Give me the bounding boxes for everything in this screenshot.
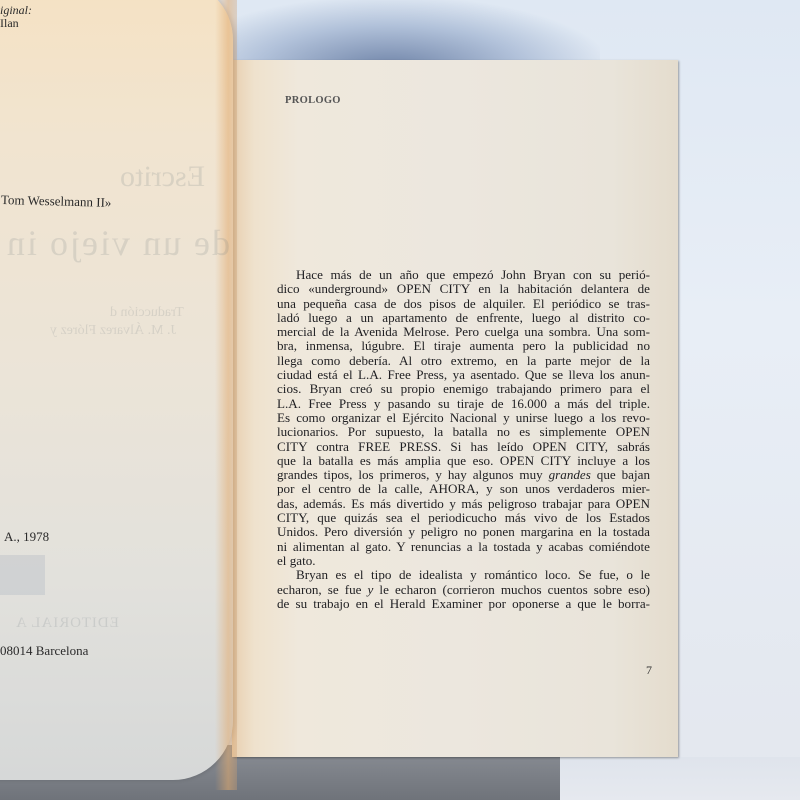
text-line: ladó luego a un apartamento de enfrente,…: [277, 311, 650, 325]
text-line: de su trabajo en el Herald Examiner por …: [277, 597, 650, 611]
bleed-through-translators: J. M. Álvarez Flórez y: [50, 323, 176, 339]
section-title: PROLOGO: [285, 95, 341, 106]
bleed-through-translation-label: Traducción d: [110, 305, 184, 321]
bleed-through-publisher-name: EDITORIAL A: [15, 615, 119, 632]
bleed-through-title-1: Escrito: [120, 160, 205, 194]
text-line: CITY, que quizás sea el periodicucho más…: [277, 511, 650, 525]
cover-credit: Tom Wesselmann II»: [1, 192, 112, 211]
page-number: 7: [646, 663, 652, 678]
publisher-address: 08014 Barcelona: [0, 643, 88, 659]
text-line: CITY contra FREE PRESS. Si has leído OPE…: [277, 440, 650, 454]
text-line: bra, inmensa, lúgubre. El tiraje aumenta…: [277, 339, 650, 353]
text-line: el gato.: [277, 554, 650, 568]
text-line: una pequeña casa de dos pisos de alquile…: [277, 297, 650, 311]
text-line: llega como debería. Al otro extremo, en …: [277, 354, 650, 368]
bleed-through-publisher-logo: [0, 555, 45, 595]
bleed-through-title-2: de un viejo in: [5, 222, 230, 264]
text-line: dico «underground» OPEN CITY en la habit…: [277, 282, 650, 296]
text-line: por el centro de la calle, AHORA, y son …: [277, 482, 650, 496]
text-line: que la batalla es más amplia que eso. OP…: [277, 454, 650, 468]
text-line: Bryan es el tipo de idealista y romántic…: [277, 568, 650, 582]
text-line: cios. Bryan creó su propio enemigo traba…: [277, 382, 650, 396]
text-line: ni alimentan al gato. Y renuncias a la t…: [277, 540, 650, 554]
text-line: Hace más de un año que empezó John Bryan…: [277, 268, 650, 282]
text-line: echaron, se fue y le echaron (corrieron …: [277, 583, 650, 597]
text-fragment: echaron, se fue: [277, 582, 368, 597]
prologue-body: Hace más de un año que empezó John Bryan…: [277, 268, 650, 611]
text-line: Unidos. Pero diversión y peligro no pone…: [277, 525, 650, 539]
book-gutter: [215, 0, 237, 790]
text-line: grandes tipos, los primeros, y hay algun…: [277, 468, 650, 482]
text-fragment: le echaron (corrieron muchos cuentos sob…: [373, 582, 650, 597]
copyright-year: A., 1978: [4, 529, 49, 545]
text-fragment: que bajan: [591, 467, 650, 482]
left-page: [0, 0, 233, 780]
text-line: lucionarios. Por supuesto, la batalla no…: [277, 425, 650, 439]
emphasis-text: grandes: [549, 467, 591, 482]
text-fragment: grandes tipos, los primeros, y hay algun…: [277, 467, 549, 482]
text-line: das, además. Es más divertido y más peli…: [277, 497, 650, 511]
text-line: L.A. Free Press y pasando su tiraje de 1…: [277, 397, 650, 411]
text-line: ciudad está el L.A. Free Press, ya asent…: [277, 368, 650, 382]
background-surface: [560, 757, 800, 800]
original-title-fragment: Ilan: [0, 16, 19, 31]
text-line: Es como organizar el Ejército Nacional y…: [277, 411, 650, 425]
text-line: mercial de la Avenida Melrose. Pero cuel…: [277, 325, 650, 339]
